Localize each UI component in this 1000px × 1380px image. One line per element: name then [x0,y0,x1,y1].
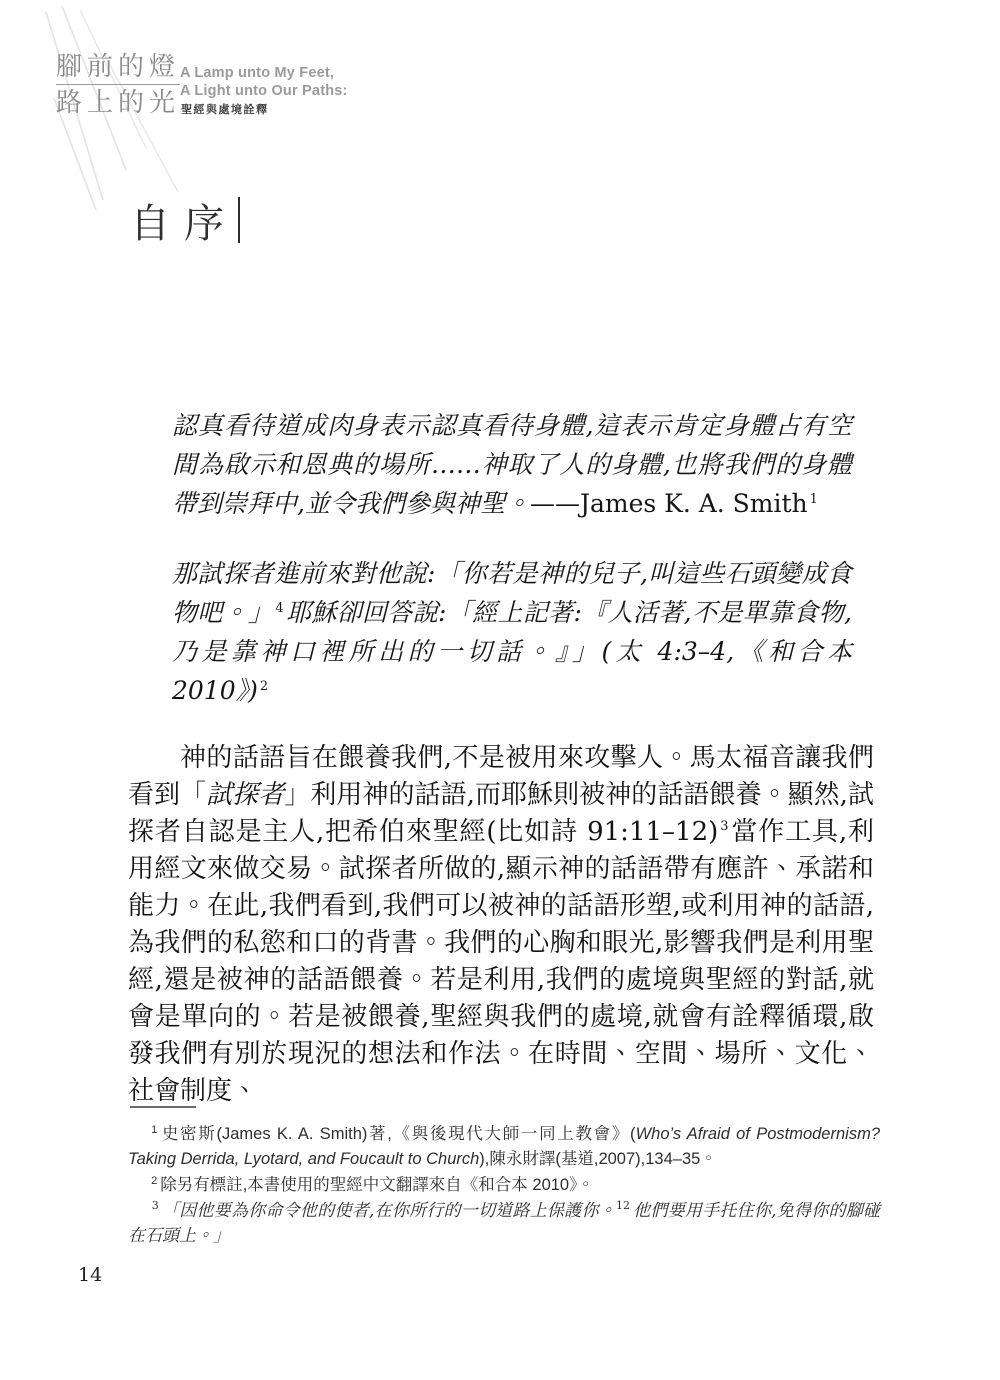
footnote-marker-3: 3 [152,1199,159,1212]
footnote-2: 2除另有標註,本書使用的聖經中文翻譯來自《和合本 2010》。 [128,1173,880,1198]
footnote-marker-2: 2 [151,1175,157,1187]
book-page: 腳前的燈 路上的光 A Lamp unto My Feet, A Light u… [0,0,1000,1380]
chapter-title: 自序 [130,192,240,248]
logo-subtitle: 聖經與處境詮釋 [181,101,269,117]
footnote-text: ),陳永財譯(基道,2007),134–35。 [479,1150,717,1168]
footnotes-section: 1史密斯(James K. A. Smith)著,《與後現代大師一同上教會》(W… [128,1122,880,1250]
verse-number-12: 12 [616,1199,630,1212]
footnote-text: 「因他要為你命令他的使者,在你所行的一切道路上保護你。 [162,1201,616,1221]
logo-english-tagline: A Lamp unto My Feet, A Light unto Our Pa… [180,64,348,100]
body-text: 當作工具,利用經文來做交易。試探者所做的,顯示神的話語帶有應許、承諾和能力。在此… [128,817,874,1106]
verse-number-4: 4 [275,601,283,616]
footnote-marker-1: 1 [151,1124,157,1136]
brand-logo: 腳前的燈 路上的光 [56,50,180,119]
logo-english-line1: A Lamp unto My Feet, [180,64,348,82]
title-divider [238,197,240,243]
body-paragraph: 神的話語旨在餵養我們,不是被用來攻擊人。馬太福音讓我們看到「試探者」利用神的話語… [128,740,874,1110]
epigraph-scripture-quote: 那試探者進前來對他說:「你若是神的兒子,叫這些石頭變成食物吧。」4耶穌卻回答說:… [172,554,852,710]
footnote-text: 除另有標註,本書使用的聖經中文翻譯來自《和合本 2010》。 [160,1176,594,1194]
logo-chinese-line1: 腳前的燈 [56,50,180,85]
footnote-text: 史密斯(James K. A. Smith)著,《與後現代大師一同上教會》( [160,1125,635,1143]
footnote-divider [130,1106,196,1108]
page-number: 14 [78,1264,102,1286]
epigraph-text: 耶穌卻回答說:「經上記著:『人活著,不是單靠食物,乃是靠神口裡所出的一切話。』」… [172,598,852,705]
logo-chinese-line2: 路上的光 [56,85,180,119]
footnote-3: 3「因他要為你命令他的使者,在你所行的一切道路上保護你。12他們要用手托住你,免… [128,1199,880,1249]
footnote-ref-3: 3 [720,819,728,834]
chapter-title-text: 自序 [130,192,238,249]
footnote-ref-2: 2 [260,679,268,694]
footnote-1: 1史密斯(James K. A. Smith)著,《與後現代大師一同上教會》(W… [128,1122,880,1172]
emphasized-term: 試探者 [206,780,284,810]
footnote-ref-1: 1 [810,492,818,507]
epigraph-smith-quote: 認真看待道成肉身表示認真看待身體,這表示肯定身體占有空間為啟示和恩典的場所……神… [172,406,852,523]
logo-english-line2: A Light unto Our Paths: [180,82,348,100]
epigraph-attribution: ——James K. A. Smith [530,489,808,518]
